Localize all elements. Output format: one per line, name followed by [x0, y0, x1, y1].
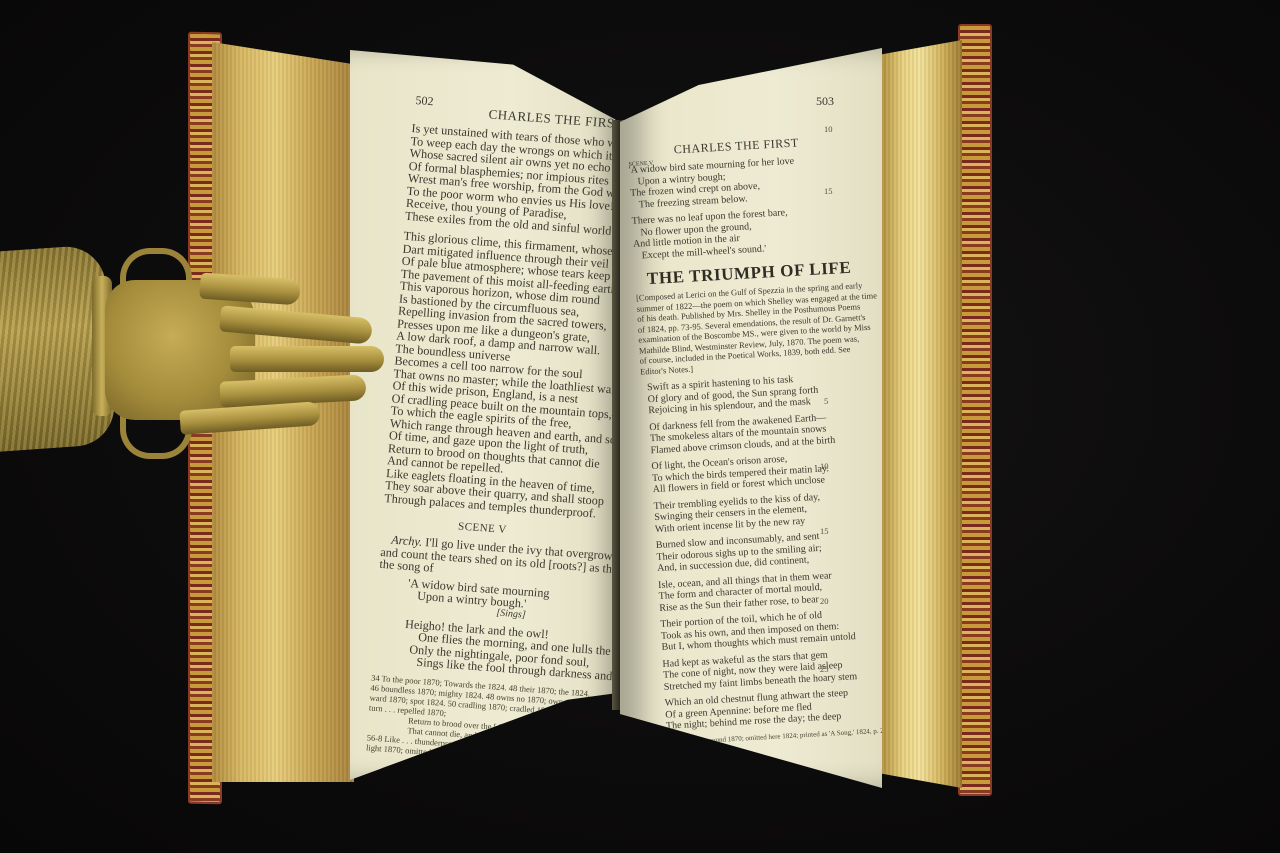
poem-body: Swift as a spirit hastening to his task … — [641, 370, 882, 733]
tercet: Had kept as wakeful as the stars that ge… — [662, 646, 882, 694]
line-number: 10 — [820, 461, 829, 471]
line-number: 10 — [824, 124, 833, 134]
tercet: Of darkness fell from the awakened Earth… — [649, 410, 882, 458]
tercet: Swift as a spirit hastening to his task … — [647, 370, 882, 418]
tercet: Which an old chestnut flung athwart the … — [664, 686, 882, 734]
book-cover-right-edge — [958, 24, 992, 796]
song-stanza-2: There was no leaf upon the forest bare, … — [632, 203, 875, 262]
line-number: 15 — [820, 526, 829, 536]
page-number: 502 — [415, 94, 434, 107]
photo-scene: 502 CHARLES THE FIRST Is yet unstained w… — [0, 0, 1280, 853]
gilt-page-edges-right — [878, 40, 962, 788]
line-number: 20 — [820, 596, 829, 606]
tercet: Their trembling eyelids to the kiss of d… — [653, 489, 882, 537]
tercet: Their portion of the toil, which he of o… — [660, 607, 882, 655]
brass-hand-page-holder — [0, 228, 400, 468]
right-page: 503 SCENE V CHARLES THE FIRST 'A widow b… — [620, 48, 882, 788]
song: 'A widow bird sate mourning Upon a wintr… — [372, 574, 622, 687]
tercet: Isle, ocean, and all things that in them… — [658, 567, 882, 615]
brass-finger — [230, 346, 384, 372]
verse-block-1: Is yet unstained with tears of those who… — [405, 122, 622, 244]
running-head: CHARLES THE FIRST — [488, 107, 622, 130]
page-number: 503 — [816, 94, 834, 109]
line-number: 25 — [820, 664, 829, 674]
verse-block-2: This glorious clime, this firmament, who… — [384, 230, 622, 527]
line-number: 5 — [824, 396, 828, 406]
tercet: Burned slow and inconsumably, and sent T… — [656, 528, 882, 576]
footnotes: 34 To the poor 1870; Towards the 1824. 4… — [366, 673, 622, 775]
left-page-body: Is yet unstained with tears of those who… — [366, 122, 622, 775]
footnote-line: light 1870; omitted 1824. — [366, 743, 622, 775]
tercet: Of light, the Ocean's orison arose, To w… — [651, 449, 882, 497]
line-number: 15 — [824, 186, 833, 196]
right-page-body: SCENE V CHARLES THE FIRST 'A widow bird … — [628, 141, 882, 747]
intro-note: [Composed at Lerici on the Gulf of Spezz… — [636, 280, 881, 377]
